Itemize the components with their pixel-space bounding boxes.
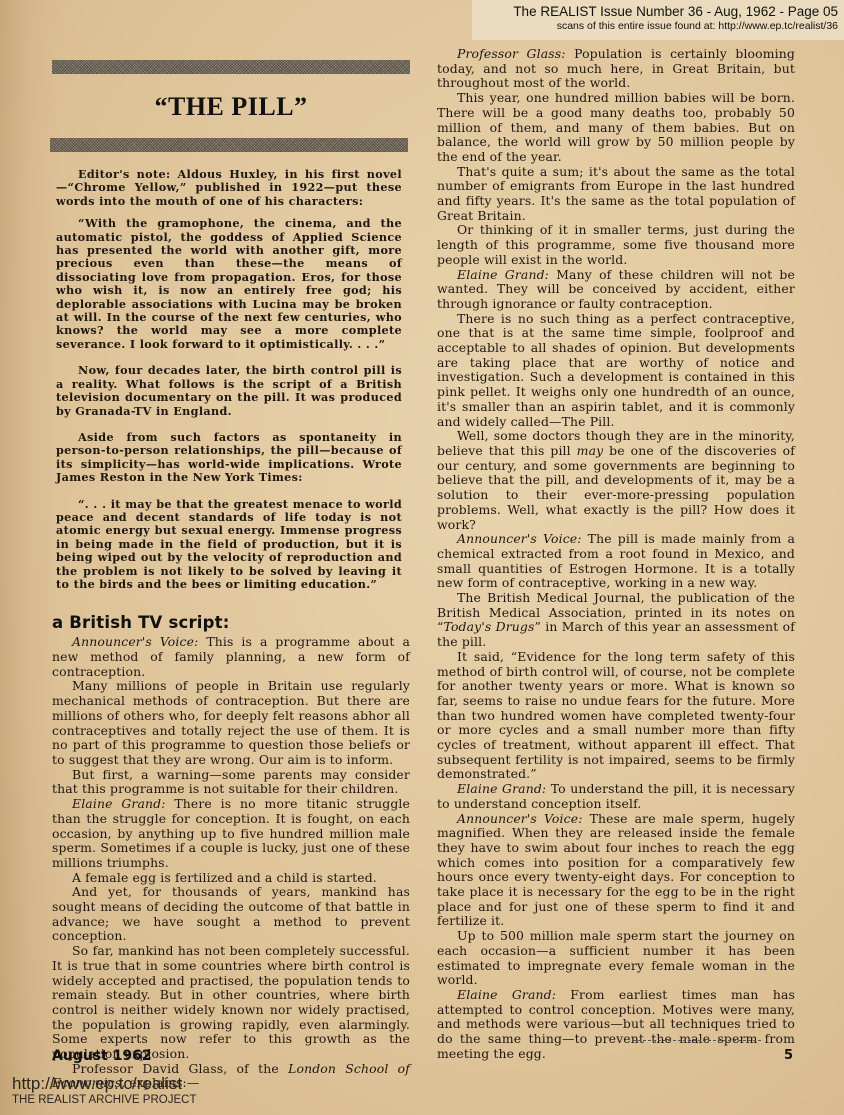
script-left-body: Announcer's Voice: This is a programme a…	[52, 635, 410, 1091]
script-paragraph: Elaine Grand: From earliest times man ha…	[437, 988, 795, 1062]
left-column: “THE PILL” Editor's note: Aldous Huxley,…	[52, 60, 410, 1091]
speaker-name: Announcer's Voice:	[72, 634, 198, 649]
script-paragraph: Or thinking of it in smaller terms, just…	[437, 223, 795, 267]
huxley-quote: “With the gramophone, the cinema, and th…	[56, 217, 402, 351]
script-paragraph: A female egg is fertilized and a child i…	[52, 871, 410, 886]
archive-header: The REALIST Issue Number 36 - Aug, 1962 …	[472, 0, 844, 40]
script-paragraph: Announcer's Voice: This is a programme a…	[52, 635, 410, 679]
editor-paragraph: Editor's note: Aldous Huxley, in his fir…	[56, 168, 402, 208]
script-paragraph: Well, some doctors though they are in th…	[437, 429, 795, 532]
script-paragraph: This year, one hundred million babies wi…	[437, 91, 795, 165]
editor-paragraph: Aside from such factors as spontaneity i…	[56, 431, 402, 485]
script-paragraph: Elaine Grand: To understand the pill, it…	[437, 782, 795, 811]
script-paragraph: Elaine Grand: There is no more titanic s…	[52, 797, 410, 871]
archive-watermark: http://www.ep.tc/realist THE REALIST ARC…	[12, 1075, 196, 1107]
scan-source-line: scans of this entire issue found at: htt…	[472, 20, 838, 33]
speaker-name: Elaine Grand:	[457, 987, 556, 1002]
right-column: Professor Glass: Population is certainly…	[437, 47, 795, 1062]
script-paragraph: But first, a warning—some parents may co…	[52, 768, 410, 797]
page-number: 5	[784, 1048, 793, 1063]
speaker-name: Professor Glass:	[457, 46, 566, 61]
italic-phrase: Today's Drugs	[444, 619, 535, 634]
script-paragraph: So far, mankind has not been completely …	[52, 944, 410, 1062]
archive-url[interactable]: http://www.ep.tc/realist	[12, 1075, 196, 1093]
script-paragraph: Announcer's Voice: These are male sperm,…	[437, 812, 795, 930]
issue-line: The REALIST Issue Number 36 - Aug, 1962 …	[472, 0, 838, 20]
speaker-name: Elaine Grand:	[457, 781, 546, 796]
script-paragraph: It said, “Evidence for the long term saf…	[437, 650, 795, 782]
script-paragraph: There is no such thing as a perfect cont…	[437, 312, 795, 430]
script-paragraph: Up to 500 million male sperm start the j…	[437, 929, 795, 988]
script-paragraph: Elaine Grand: Many of these children wil…	[437, 268, 795, 312]
script-paragraph: Professor Glass: Population is certainly…	[437, 47, 795, 91]
editor-paragraph: Now, four decades later, the birth contr…	[56, 364, 402, 418]
archive-project-name: THE REALIST ARCHIVE PROJECT	[12, 1093, 196, 1107]
script-paragraph: Announcer's Voice: The pill is made main…	[437, 532, 795, 591]
footer-date: August 1962	[52, 1048, 152, 1064]
speaker-name: Elaine Grand:	[72, 796, 166, 811]
article-title: “THE PILL”	[52, 92, 410, 122]
section-heading: a British TV script:	[52, 613, 410, 632]
speaker-name: Announcer's Voice:	[457, 531, 582, 546]
script-paragraph: The British Medical Journal, the publica…	[437, 591, 795, 650]
script-paragraph: Many millions of people in Britain use r…	[52, 679, 410, 767]
speaker-name: Elaine Grand:	[457, 267, 549, 282]
script-paragraph: That's quite a sum; it's about the same …	[437, 165, 795, 224]
script-right-body: Professor Glass: Population is certainly…	[437, 47, 795, 1062]
speaker-name: Announcer's Voice:	[457, 811, 583, 826]
reston-quote: “. . . it may be that the greatest menac…	[56, 498, 402, 592]
editor-note: Editor's note: Aldous Huxley, in his fir…	[52, 168, 410, 591]
title-band-bottom	[50, 138, 408, 152]
script-paragraph: And yet, for thousands of years, mankind…	[52, 885, 410, 944]
italic-phrase: may	[577, 443, 604, 458]
title-band-top	[52, 60, 410, 74]
end-rule	[633, 1040, 761, 1042]
